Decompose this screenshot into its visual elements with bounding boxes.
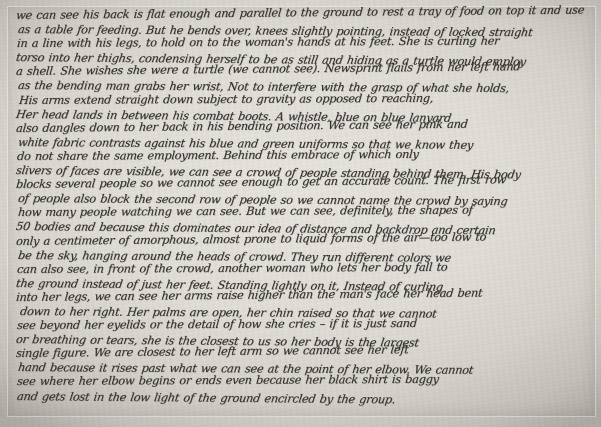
handwritten-line-7: His arms extend straight down subject to… [18,91,598,108]
handwritten-line-28: and gets lost in the low light of the gr… [16,390,599,409]
handwritten-line-27: see where her elbow begins or ends even … [16,372,598,389]
handwritten-line-23: see beyond her eyelids or the detail of … [16,316,598,333]
handwritten-line-3: in a line with his legs, to hold on to t… [16,34,598,51]
manuscript-photo: we can see his back is flat enough and p… [0,0,601,427]
handwritten-line-19: can also see, in front of the crowd, ano… [16,260,598,277]
handwritten-text-block: we can see his back is flat enough and p… [16,9,598,427]
handwritten-line-11: do not share the same employment. Behind… [16,147,598,164]
handwritten-line-15: how many people watching we can see. But… [17,203,598,220]
